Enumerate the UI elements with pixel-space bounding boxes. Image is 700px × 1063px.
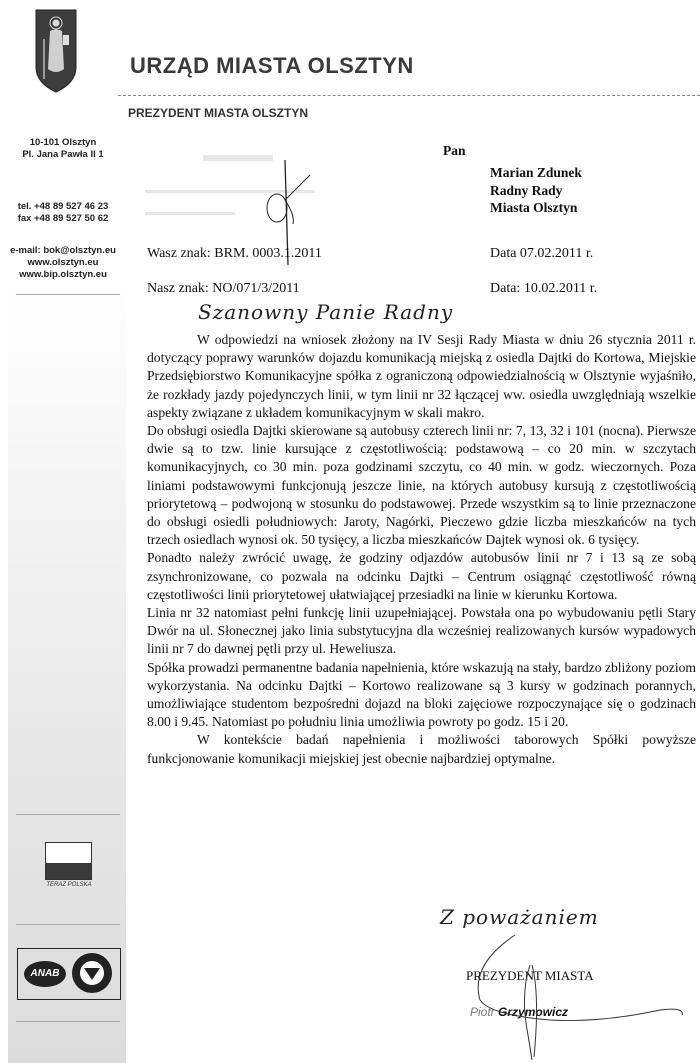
recipient-prefix: Pan bbox=[443, 143, 466, 159]
recipient-address: Marian Zdunek Radny Rady Miasta Olsztyn bbox=[490, 164, 582, 217]
handwritten-salutation: Szanowny Panie Radny bbox=[198, 300, 453, 324]
sidebar-divider bbox=[16, 924, 120, 925]
fax-line: fax +48 89 527 50 62 bbox=[0, 213, 126, 225]
paragraph: Ponadto należy zwrócić uwagę, że godziny… bbox=[147, 549, 696, 604]
handwritten-closing: Z poważaniem bbox=[440, 905, 599, 929]
office-title: URZĄD MIASTA OLSZTYN bbox=[130, 53, 414, 79]
letter-body: W odpowiedzi na wniosek złożony na IV Se… bbox=[147, 331, 696, 768]
paragraph: Spółka prowadzi permanentne badania nape… bbox=[147, 659, 696, 732]
flag-caption: TERAZ POLSKA bbox=[34, 882, 104, 888]
email-link[interactable]: e-mail: bok@olsztyn.eu bbox=[0, 245, 126, 257]
your-date: Data 07.02.2011 r. bbox=[490, 246, 593, 262]
contact-info: 10-101 Olsztyn Pl. Jana Pawła II 1 tel. … bbox=[0, 137, 126, 281]
website-link[interactable]: www.olsztyn.eu bbox=[0, 257, 126, 269]
recipient-role: Radny Rady bbox=[490, 182, 582, 200]
header-divider bbox=[118, 95, 700, 96]
anab-logo-icon: ANAB bbox=[24, 961, 66, 987]
phone-line: tel. +48 89 527 46 23 bbox=[0, 201, 126, 213]
signatory-last-name: Grzymowicz bbox=[498, 1005, 568, 1019]
sidebar-strip bbox=[8, 280, 126, 1063]
registration-stamp bbox=[145, 150, 325, 230]
paragraph: Do obsługi osiedla Dajtki skierowane są … bbox=[147, 422, 696, 549]
olsztyn-coat-of-arms-icon bbox=[35, 9, 77, 93]
signatory-name: Piotr Grzymowicz bbox=[470, 1005, 568, 1019]
our-date: Data: 10.02.2011 r. bbox=[490, 281, 597, 297]
our-reference: Nasz znak: NO/071/3/2011 bbox=[147, 281, 300, 297]
bsi-logo-icon bbox=[72, 953, 112, 993]
your-reference: Wasz znak: BRM. 0003.1.2011 bbox=[147, 246, 322, 262]
recipient-institution: Miasta Olsztyn bbox=[490, 199, 582, 217]
recipient-name: Marian Zdunek bbox=[490, 164, 582, 182]
president-signature-icon bbox=[460, 925, 700, 1063]
sidebar-divider bbox=[16, 294, 120, 295]
sidebar-divider bbox=[16, 1021, 120, 1022]
bip-link[interactable]: www.bip.olsztyn.eu bbox=[0, 269, 126, 281]
signatory-first-name: Piotr bbox=[470, 1005, 495, 1019]
certification-logos: ANAB bbox=[17, 948, 121, 1000]
paragraph: W kontekście badań napełnienia i możliwo… bbox=[147, 731, 696, 767]
signatory-title: PREZYDENT MIASTA bbox=[466, 968, 594, 984]
sidebar-divider bbox=[16, 814, 120, 815]
paragraph: W odpowiedzi na wniosek złożony na IV Se… bbox=[147, 331, 696, 422]
office-subtitle: PREZYDENT MIASTA OLSZTYN bbox=[128, 106, 308, 120]
address-line: Pl. Jana Pawła II 1 bbox=[0, 149, 126, 161]
teraz-polska-flag-icon bbox=[45, 842, 92, 880]
address-line: 10-101 Olsztyn bbox=[0, 137, 126, 149]
paragraph: Linia nr 32 natomiast pełni funkcję lini… bbox=[147, 604, 696, 659]
